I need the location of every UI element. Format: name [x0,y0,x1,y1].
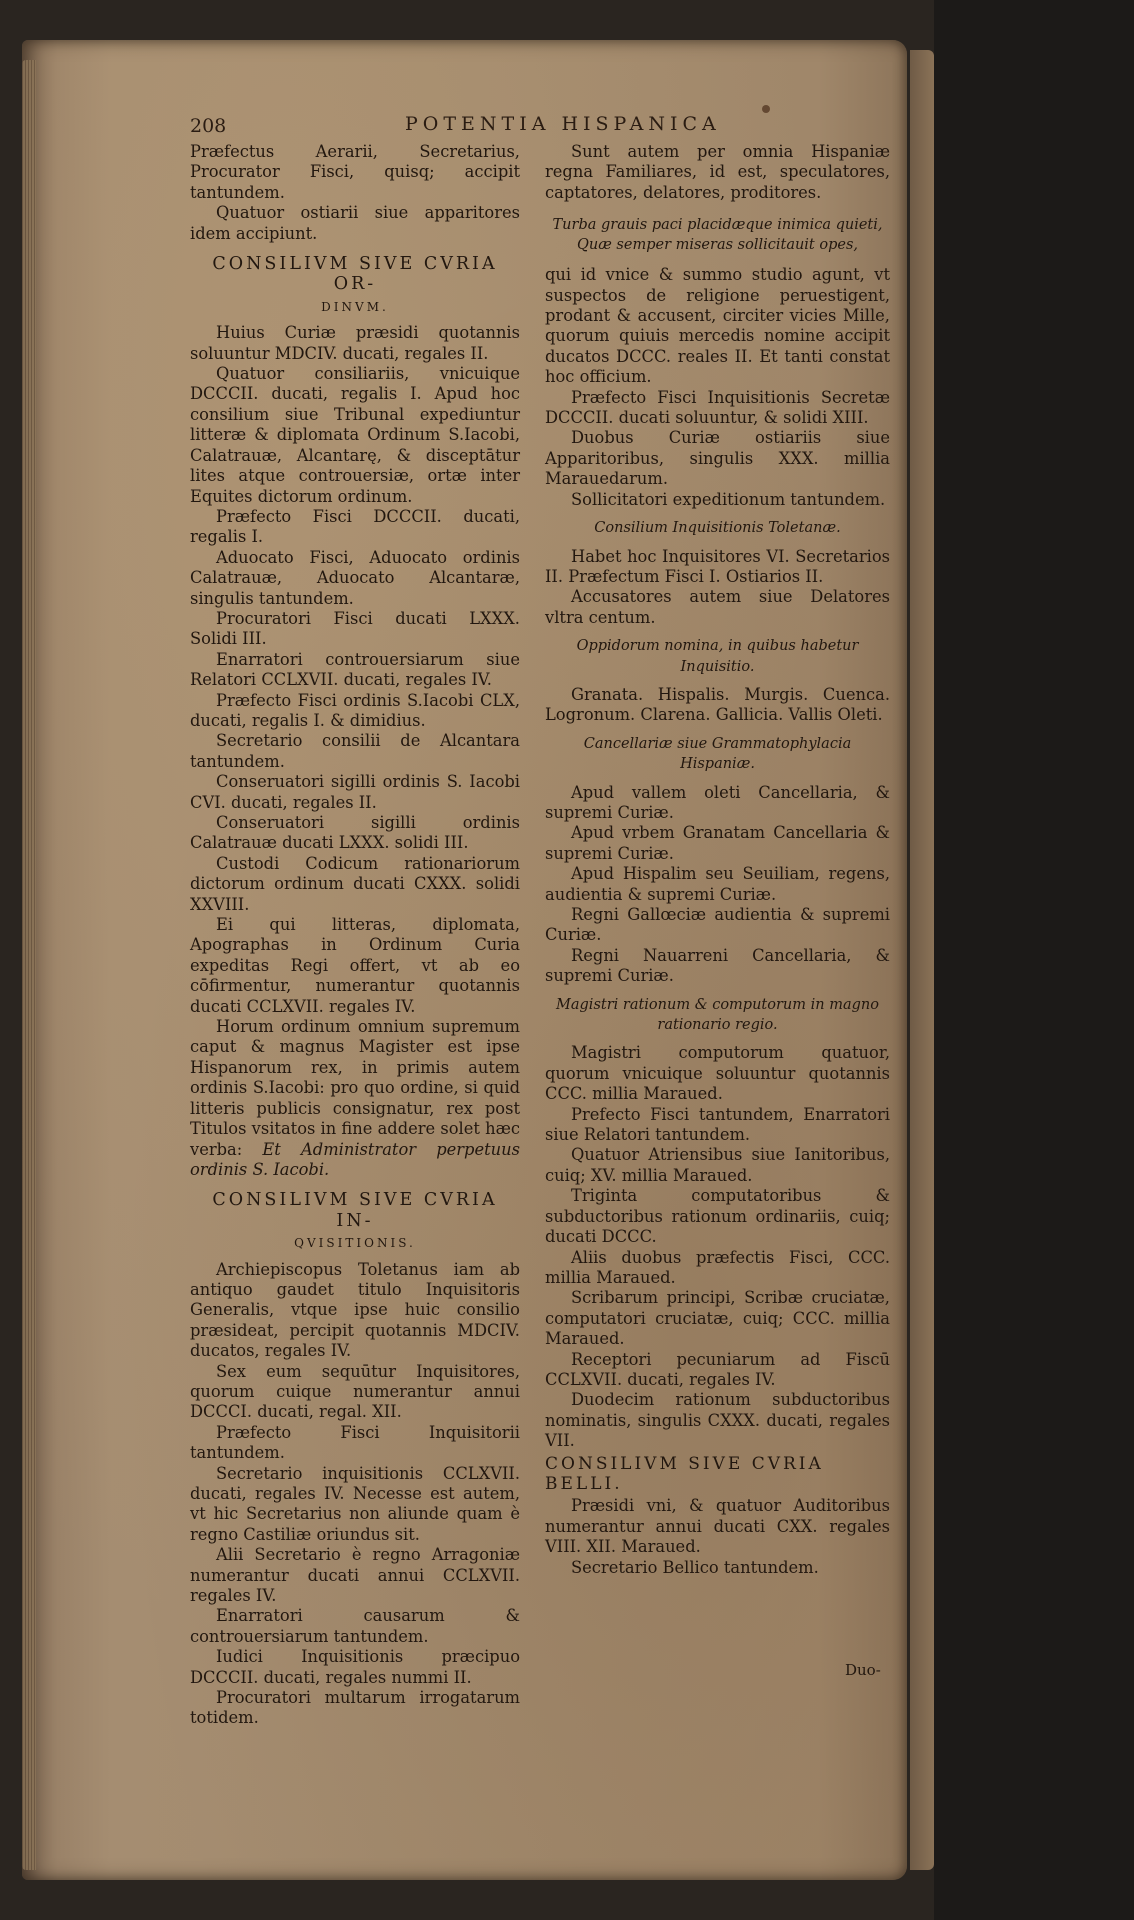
paragraph: Receptori pecuniarum ad Fiscū CCLXVII. d… [545,1350,890,1391]
paragraph: Præfecto Fisci ordinis S.Iacobi CLX, duc… [190,691,520,732]
paragraph: Ei qui litteras, diplomata, Apographas i… [190,915,520,1017]
paragraph: Duobus Curiæ ostiariis siue Apparitoribu… [545,428,890,489]
paragraph-text: Quatuor ostiarii siue apparitores idem a… [190,203,520,242]
paragraph: Secretario inquisitionis CCLXVII. ducati… [190,1464,520,1546]
paragraph: Præfecto Fisci Inquisitionis Secretæ DCC… [545,388,890,429]
section-heading-text: CONSILIVM SIVE CVRIA IN- [212,1190,497,1230]
paragraph: Prefecto Fisci tantundem, Enarratori siu… [545,1105,890,1146]
paragraph-text: Triginta computatoribus & subductoribus … [545,1186,890,1246]
paragraph: Præfecto Fisci DCCCII. ducati, regalis I… [190,507,520,548]
paragraph-text: Iudici Inquisitionis præcipuo DCCCII. du… [190,1647,520,1686]
paragraph: Regni Nauarreni Cancellaria, & supremi C… [545,946,890,987]
paragraph: Apud vallem oleti Cancellaria, & supremi… [545,783,890,824]
paragraph-text: Huius Curiæ præsidi quotannis soluuntur … [190,323,520,362]
paragraph-text: Receptori pecuniarum ad Fiscū CCLXVII. d… [545,1350,890,1389]
page-number: 208 [190,115,226,137]
paragraph: Accusatores autem siue Delatores vltra c… [545,587,890,628]
paragraph-text: Regni Nauarreni Cancellaria, & supremi C… [545,946,890,985]
paragraph: Sunt autem per omnia Hispaniæ regna Fami… [545,142,890,203]
paragraph-text: Secretario Bellico tantundem. [571,1558,819,1577]
italic-subheading: Cancellariæ siue Grammatophylacia Hispan… [545,734,890,775]
paragraph-text: Enarratori causarum & controuersiarum ta… [190,1606,520,1645]
paragraph-text: Enarratori controuersiarum siue Relatori… [190,650,520,689]
paragraph: Quatuor consiliariis, vnicuique DCCCII. … [190,364,520,507]
running-title: POTENTIA HISPANICA [405,113,721,135]
paragraph-text: Præfecto Fisci Inquisitorii tantundem. [190,1423,520,1462]
paragraph: Archiepiscopus Toletanus iam ab antiquo … [190,1260,520,1362]
section-heading: CONSILIVM SIVE CVRIA OR-DINVM. [190,254,520,317]
paragraph-text: Prefecto Fisci tantundem, Enarratori siu… [545,1105,890,1144]
paragraph: Apud Hispalim seu Seuiliam, regens, audi… [545,864,890,905]
italic-subheading: Consilium Inquisitionis Toletanæ. [545,518,890,538]
paragraph: Enarratori controuersiarum siue Relatori… [190,650,520,691]
paragraph: Triginta computatoribus & subductoribus … [545,1186,890,1247]
paragraph-text: Præfecto Fisci Inquisitionis Secretæ DCC… [545,388,890,427]
paragraph-text: Quatuor consiliariis, vnicuique DCCCII. … [190,364,520,505]
paragraph: Huius Curiæ præsidi quotannis soluuntur … [190,323,520,364]
paragraph: Quatuor Atriensibus siue Ianitoribus, cu… [545,1145,890,1186]
paragraph-text: Habet hoc Inquisitores VI. Secretarios I… [545,547,890,586]
facing-page-edge [910,50,934,1870]
section-heading: CONSILIVM SIVE CVRIA IN-QVISITIONIS. [190,1190,520,1253]
verse-line: Quæ semper miseras sollicitauit opes, [545,235,890,255]
paragraph-text: Custodi Codicum rationariorum dictorum o… [190,854,520,914]
paragraph: Præsidi vni, & quatuor Auditoribus numer… [545,1496,890,1557]
left-column: Præfectus Aerarii, Secretarius, Procurat… [190,142,520,1729]
section-heading-continuation: QVISITIONIS. [190,1233,520,1253]
paragraph-text: Archiepiscopus Toletanus iam ab antiquo … [190,1260,520,1361]
paragraph: Scribarum principi, Scribæ cruciatæ, com… [545,1288,890,1349]
section-heading-continuation: DINVM. [190,297,520,317]
paragraph: Secretario Bellico tantundem. [545,1558,890,1578]
paragraph: Quatuor ostiarii siue apparitores idem a… [190,203,520,244]
paragraph-text: Procuratori Fisci ducati LXXX. Solidi II… [190,609,520,648]
paragraph: Duodecim rationum subductoribus nominati… [545,1390,890,1451]
paragraph: Sollicitatori expeditionum tantundem. [545,490,890,510]
section-heading: CONSILIVM SIVE CVRIA BELLI. [545,1454,890,1495]
paragraph-text: Procuratori multarum irrogatarum totidem… [190,1688,520,1727]
paragraph-text: Horum ordinum omnium supremum caput & ma… [190,1017,520,1158]
paragraph-text: Sex eum sequūtur Inquisitores, quorum cu… [190,1362,520,1422]
paragraph-text: Sunt autem per omnia Hispaniæ regna Fami… [545,142,890,202]
paragraph: Custodi Codicum rationariorum dictorum o… [190,854,520,915]
verse-line: Turba grauis paci placidæque inimica qui… [545,215,890,235]
paragraph-text: Conseruatori sigilli ordinis Calatrauæ d… [190,813,520,852]
paragraph-text: Præsidi vni, & quatuor Auditoribus numer… [545,1496,890,1556]
paragraph-text: qui id vnice & summo studio agunt, vt su… [545,265,890,386]
section-heading-text: CONSILIVM SIVE CVRIA OR- [212,254,497,294]
paragraph: Conseruatori sigilli ordinis S. Iacobi C… [190,772,520,813]
page-header: 208 POTENTIA HISPANICA [190,113,880,143]
paragraph-text: Secretario consilii de Alcantara tantund… [190,731,520,770]
paragraph-text: Apud vallem oleti Cancellaria, & supremi… [545,783,890,822]
paragraph-text: Aliis duobus præfectis Fisci, CCC. milli… [545,1248,890,1287]
paragraph: Horum ordinum omnium supremum caput & ma… [190,1017,520,1180]
paragraph-text: Apud Hispalim seu Seuiliam, regens, audi… [545,864,890,903]
paragraph-text: Scribarum principi, Scribæ cruciatæ, com… [545,1288,890,1348]
section-heading-text: CONSILIVM SIVE CVRIA BELLI. [545,1454,824,1494]
paragraph-text: Sollicitatori expeditionum tantundem. [571,490,885,509]
right-column: Sunt autem per omnia Hispaniæ regna Fami… [545,142,890,1578]
paragraph-text: Apud vrbem Granatam Cancellaria & suprem… [545,823,890,862]
paragraph: Habet hoc Inquisitores VI. Secretarios I… [545,547,890,588]
paragraph: Aliis duobus præfectis Fisci, CCC. milli… [545,1248,890,1289]
paragraph: Procuratori multarum irrogatarum totidem… [190,1688,520,1729]
background-right [934,0,1134,1920]
paragraph: qui id vnice & summo studio agunt, vt su… [545,265,890,387]
paragraph-text: Præfectus Aerarii, Secretarius, Procurat… [190,142,520,202]
ink-stain [762,105,770,113]
paragraph-text: Alii Secretario è regno Arragoniæ numera… [190,1545,520,1605]
paragraph: Præfectus Aerarii, Secretarius, Procurat… [190,142,520,203]
paragraph-text: Granata. Hispalis. Murgis. Cuenca. Logro… [545,685,890,724]
paragraph-text: Duodecim rationum subductoribus nominati… [545,1390,890,1450]
paragraph-text: Præfecto Fisci DCCCII. ducati, regalis I… [190,507,520,546]
paragraph: Enarratori causarum & controuersiarum ta… [190,1606,520,1647]
catchword: Duo- [845,1661,881,1679]
paragraph: Aduocato Fisci, Aduocato ordinis Calatra… [190,548,520,609]
verse-quotation: Turba grauis paci placidæque inimica qui… [545,215,890,255]
paragraph: Apud vrbem Granatam Cancellaria & suprem… [545,823,890,864]
paragraph-text: Secretario inquisitionis CCLXVII. ducati… [190,1464,520,1544]
paragraph: Alii Secretario è regno Arragoniæ numera… [190,1545,520,1606]
paragraph-text: Magistri computorum quatuor, quorum vnic… [545,1043,890,1103]
paragraph-text: Præfecto Fisci ordinis S.Iacobi CLX, duc… [190,691,520,730]
paragraph: Granata. Hispalis. Murgis. Cuenca. Logro… [545,685,890,726]
italic-subheading: Magistri rationum & computorum in magno … [545,995,890,1036]
paragraph-text: Ei qui litteras, diplomata, Apographas i… [190,915,520,1016]
paragraph-text: Duobus Curiæ ostiariis siue Apparitoribu… [545,428,890,488]
paragraph: Conseruatori sigilli ordinis Calatrauæ d… [190,813,520,854]
paragraph: Regni Gallœciæ audientia & supremi Curiæ… [545,905,890,946]
page-stack-edges [22,60,36,1870]
paragraph: Secretario consilii de Alcantara tantund… [190,731,520,772]
paragraph-text: Quatuor Atriensibus siue Ianitoribus, cu… [545,1145,890,1184]
italic-subheading: Oppidorum nomina, in quibus habetur Inqu… [545,636,890,677]
paragraph: Magistri computorum quatuor, quorum vnic… [545,1043,890,1104]
paragraph: Præfecto Fisci Inquisitorii tantundem. [190,1423,520,1464]
paragraph: Procuratori Fisci ducati LXXX. Solidi II… [190,609,520,650]
paragraph-text: Regni Gallœciæ audientia & supremi Curiæ… [545,905,890,944]
paragraph-text: Conseruatori sigilli ordinis S. Iacobi C… [190,772,520,811]
paragraph: Iudici Inquisitionis præcipuo DCCCII. du… [190,1647,520,1688]
paragraph-text: Aduocato Fisci, Aduocato ordinis Calatra… [190,548,520,608]
paragraph-text: Accusatores autem siue Delatores vltra c… [545,587,890,626]
paragraph: Sex eum sequūtur Inquisitores, quorum cu… [190,1362,520,1423]
